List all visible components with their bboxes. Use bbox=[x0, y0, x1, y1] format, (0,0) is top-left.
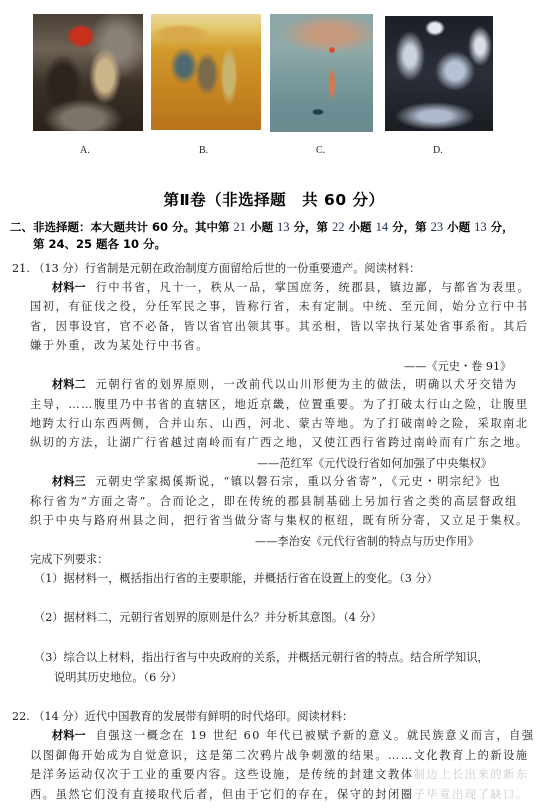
q21-header: 21. （13 分）行省制是元朝在政治制度方面留给后世的一份重要遗产。阅读材料： bbox=[12, 262, 420, 276]
instructions-line-1: 二、非选择题：本大题共计 60 分。其中第 21 小题 13 分，第 22 小题… bbox=[10, 219, 544, 236]
q21-material-3-line-2: 称行省为“方面之寄”。合而论之，即在传统的郡县制基础上另加行省之类的高层督政组 bbox=[30, 495, 518, 509]
q21-material-3-line-1: 材料三元朝史学家揭傒斯说，“镇以磐石宗，重以分省寄”，《元史・明宗纪》也 bbox=[52, 475, 501, 489]
q21-tasks-intro: 完成下列要求： bbox=[30, 553, 108, 567]
instructions-line-2: 第 24、25 题各 10 分。 bbox=[10, 236, 544, 253]
q22-material-1-line-2: 以图御侮开始成为自觉意识，这是第二次鸦片战争刺激的结果。……文化教育上的新设施 bbox=[30, 749, 529, 763]
material-label: 材料三 bbox=[52, 475, 86, 488]
q21-material-1-line-3: 省，因事设官，官不必备，皆以省官出领其事。其丞相，皆以宰执行某处省事系衔。其后 bbox=[30, 320, 529, 334]
q21-task-3-line-1: （3）综合以上材料，指出行省与中央政府的关系，并概括元朝行省的特点。结合所学知识… bbox=[34, 651, 489, 665]
material-label: 材料一 bbox=[52, 281, 86, 294]
q21-material-2-line-2: 主导，……腹里乃中书省的直辖区，地近京畿，位置重要。为了打破太行山之险，让腹里 bbox=[30, 398, 529, 412]
section-title: 第Ⅱ卷（非选择题 共 60 分） bbox=[0, 188, 548, 210]
material-label: 材料一 bbox=[52, 729, 86, 742]
option-label-b: B. bbox=[199, 145, 208, 156]
q21-material-3-line-3: 织于中央与路府州县之间，把行省当做分寄与集权的枢纽，既有所分寄，又立足于集权。 bbox=[30, 514, 529, 528]
q21-material-2-line-3: 地跨太行山东西两侧，合并山东、山西，河北、蒙古等地。为了打破南岭之险，采取南北 bbox=[30, 417, 529, 431]
q22-material-1-line-1: 材料一自强这一概念在 19 世纪 60 年代已被赋予新的意义。就民族意义而言，自… bbox=[52, 729, 535, 743]
q22-header: 22. （14 分）近代中国教育的发展带有鲜明的时代烙印。阅读材料： bbox=[12, 710, 353, 724]
painting-a-image bbox=[33, 14, 143, 131]
q22-material-1-line-4: 西。虽然它们没有直接取代后者，但由于它们的存在，保守的封闭圈子毕竟出现了缺口。 bbox=[30, 788, 529, 802]
painting-d-image bbox=[385, 16, 493, 131]
painting-c-image bbox=[270, 14, 373, 132]
option-label-c: C. bbox=[316, 145, 325, 156]
q21-material-2-line-1: 材料二元朝行省的划界原则，一改前代以山川形便为主的做法，明确以犬牙交错为 bbox=[52, 378, 518, 392]
q21-material-3-source: ——李治安《元代行省制的特点与历史作用》 bbox=[255, 533, 479, 549]
watermark-overlap: 子毕竟出现了缺口。 bbox=[414, 788, 529, 801]
q22-material-1-line-3: 是洋务运动仅次于工业的重要内容。这些设施，是传统的封建文教体制边上长出来的新东 bbox=[30, 768, 529, 782]
q21-material-2-source: ——范红军《元代设行省如何加强了中央集权》 bbox=[257, 455, 492, 471]
q21-material-2-line-4: 纵切的方法，让湖广行省越过南岭而有广西之地，又使江西行省跨过南岭而有广东之地。 bbox=[30, 436, 529, 450]
q21-material-1-line-2: 国初，有征伐之役，分任军民之事，皆称行省，未有定制。中统、至元间，始分立行中书 bbox=[30, 300, 529, 314]
option-label-a: A. bbox=[80, 145, 90, 156]
q21-task-1: （1）据材料一，概括指出行省的主要职能，并概括行省在设置上的变化。（3 分） bbox=[34, 572, 438, 586]
q21-material-1-line-4: 嫌于外重，改为某处行中书省。 bbox=[30, 339, 209, 353]
section-instructions: 二、非选择题：本大题共计 60 分。其中第 21 小题 13 分，第 22 小题… bbox=[10, 219, 544, 253]
q21-task-3-line-2: 说明其历史地位。（6 分） bbox=[54, 671, 182, 685]
material-label: 材料二 bbox=[52, 378, 86, 391]
q21-material-1-line-1: 材料一行中书省，凡十一，秩从一品，掌国庶务，统郡县，镇边鄙，与都省为表里。 bbox=[52, 281, 530, 295]
q21-material-1-source: ——《元史・卷 91》 bbox=[404, 358, 511, 374]
option-label-d: D. bbox=[433, 145, 443, 156]
watermark-overlap: 制边上长出来的新东 bbox=[414, 768, 529, 781]
q21-task-2: （2）据材料二，元朝行省划界的原则是什么？并分析其意图。（4 分） bbox=[34, 611, 382, 625]
painting-b-image bbox=[151, 14, 261, 130]
